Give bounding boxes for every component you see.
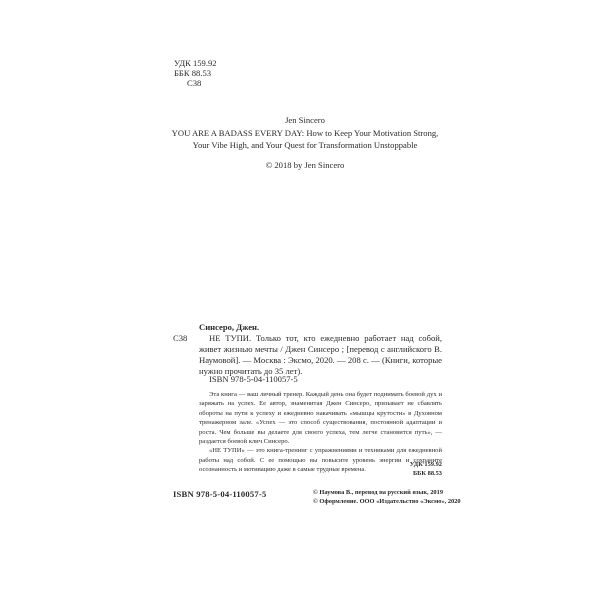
original-author: Jen Sincero: [160, 114, 450, 127]
bibliographic-author-mark: С38: [173, 333, 187, 343]
bbk-code: ББК 88.53: [174, 68, 217, 78]
original-title-line1: YOU ARE A BADASS EVERY DAY: How to Keep …: [160, 127, 450, 140]
bibliographic-record: Синсеро, Джен. НЕ ТУПИ. Только тот, кто …: [199, 322, 442, 377]
bibliographic-description: НЕ ТУПИ. Только тот, кто ежедневно работ…: [199, 333, 442, 377]
original-title-line2: Your Vibe High, and Your Quest for Trans…: [160, 139, 450, 152]
author-mark: С38: [174, 78, 217, 88]
classification-block-top: УДК 159.92 ББК 88.53 С38: [174, 58, 217, 88]
annotation-paragraph: Эта книга — ваш личный тренер. Каждый де…: [199, 390, 442, 446]
classification-block-bottom: УДК 159.92 ББК 88.53: [400, 461, 442, 478]
original-copyright: © 2018 by Jen Sincero: [160, 159, 450, 172]
bbk-code: ББК 88.53: [400, 470, 442, 479]
original-edition-info: Jen Sincero YOU ARE A BADASS EVERY DAY: …: [160, 114, 450, 171]
copyright-notices: © Наумова В., перевод на русский язык, 2…: [313, 489, 461, 506]
copyright-translation: © Наумова В., перевод на русский язык, 2…: [313, 489, 461, 498]
isbn-record: ISBN 978-5-04-110057-5: [209, 374, 298, 384]
isbn-footer: ISBN 978-5-04-110057-5: [173, 489, 266, 499]
author-heading: Синсеро, Джен.: [199, 322, 442, 333]
udk-code: УДК 159.92: [400, 461, 442, 470]
udk-code: УДК 159.92: [174, 58, 217, 68]
copyright-design: © Оформление. ООО «Издательство «Эксмо»,…: [313, 498, 461, 507]
